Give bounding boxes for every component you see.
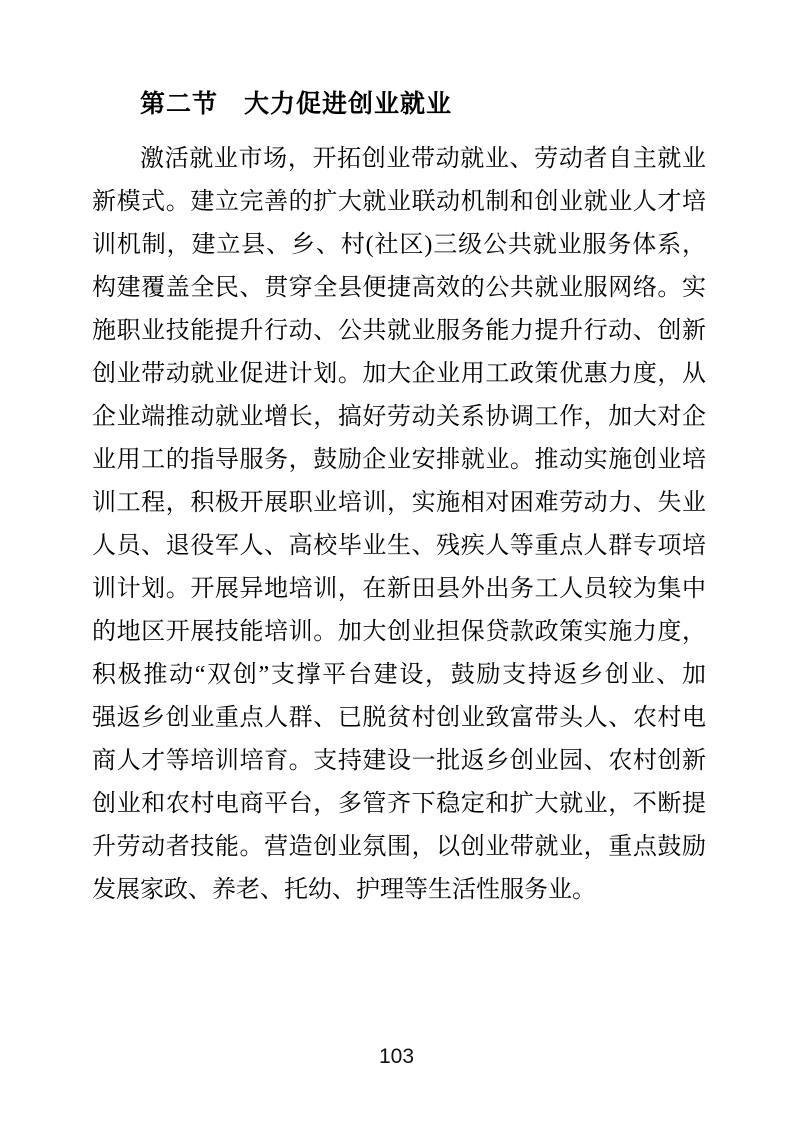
paragraph-line: 升劳动者技能。营造创业氛围，以创业带就业，重点鼓励 bbox=[92, 826, 706, 869]
section-title: 大力促进创业就业 bbox=[244, 91, 452, 118]
paragraph-line: 激活就业市场，开拓创业带动就业、劳动者自主就业 bbox=[92, 138, 706, 181]
section-number: 第二节 bbox=[140, 91, 218, 118]
paragraph-line: 发展家政、养老、托幼、护理等生活性服务业。 bbox=[92, 869, 706, 912]
paragraph-line: 业用工的指导服务，鼓励企业安排就业。推动实施创业培 bbox=[92, 439, 706, 482]
paragraph-line: 构建覆盖全民、贯穿全县便捷高效的公共就业服网络。实 bbox=[92, 267, 706, 310]
paragraph-line: 人员、退役军人、高校毕业生、残疾人等重点人群专项培 bbox=[92, 525, 706, 568]
paragraph-line: 训机制，建立县、乡、村(社区)三级公共就业服务体系， bbox=[92, 224, 706, 267]
paragraph-line: 商人才等培训培育。支持建设一批返乡创业园、农村创新 bbox=[92, 740, 706, 783]
paragraph-line: 创业带动就业促进计划。加大企业用工政策优惠力度，从 bbox=[92, 353, 706, 396]
paragraph-line: 强返乡创业重点人群、已脱贫村创业致富带头人、农村电 bbox=[92, 697, 706, 740]
page-number: 103 bbox=[0, 1044, 793, 1070]
section-heading: 第二节大力促进创业就业 bbox=[140, 90, 452, 120]
document-page: 第二节大力促进创业就业 激活就业市场，开拓创业带动就业、劳动者自主就业新模式。建… bbox=[0, 0, 793, 1122]
paragraph-line: 训工程，积极开展职业培训，实施相对困难劳动力、失业 bbox=[92, 482, 706, 525]
paragraph-line: 企业端推动就业增长，搞好劳动关系协调工作，加大对企 bbox=[92, 396, 706, 439]
paragraph-line: 新模式。建立完善的扩大就业联动机制和创业就业人才培 bbox=[92, 181, 706, 224]
paragraph-line: 创业和农村电商平台，多管齐下稳定和扩大就业，不断提 bbox=[92, 783, 706, 826]
paragraph-line: 训计划。开展异地培训，在新田县外出务工人员较为集中 bbox=[92, 568, 706, 611]
paragraph-line: 积极推动“双创”支撑平台建设，鼓励支持返乡创业、加 bbox=[92, 654, 706, 697]
paragraph-line: 施职业技能提升行动、公共就业服务能力提升行动、创新 bbox=[92, 310, 706, 353]
paragraph: 激活就业市场，开拓创业带动就业、劳动者自主就业新模式。建立完善的扩大就业联动机制… bbox=[92, 138, 706, 912]
paragraph-line: 的地区开展技能培训。加大创业担保贷款政策实施力度， bbox=[92, 611, 706, 654]
